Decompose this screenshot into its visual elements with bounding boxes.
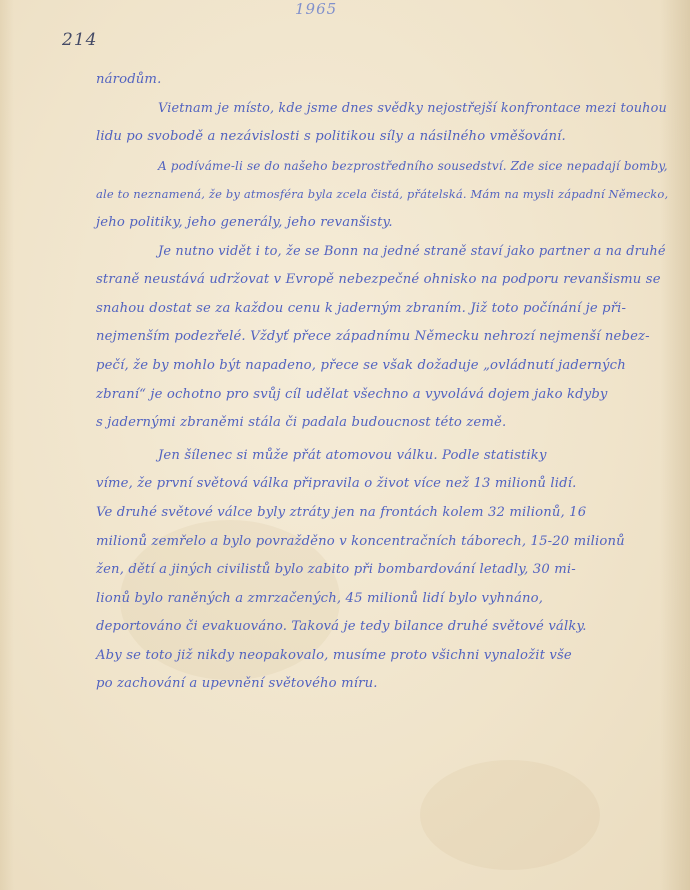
text-line: ale to neznamená, že by atmosféra byla z… — [96, 180, 666, 209]
handwritten-body: národům. Vietnam je místo, kde jsme dnes… — [96, 66, 666, 699]
text-line: Aby se toto již nikdy neopakovalo, musím… — [96, 642, 666, 671]
text-line: po zachování a upevnění světového míru. — [96, 670, 666, 699]
text-line: s jadernými zbraněmi stála či padala bud… — [96, 409, 666, 438]
text-line: národům. — [96, 66, 666, 95]
text-line: lionů bylo raněných a zmrzačených, 45 mi… — [96, 585, 666, 614]
page-number: 214 — [62, 30, 97, 50]
text-line: snahou dostat se za každou cenu k jadern… — [96, 295, 666, 324]
text-line: žen, dětí a jiných civilistů bylo zabito… — [96, 556, 666, 585]
text-line: milionů zemřelo a bylo povražděno v konc… — [96, 528, 666, 557]
text-line: Vietnam je místo, kde jsme dnes svědky n… — [96, 95, 666, 124]
text-line: A podíváme-li se do našeho bezprostřední… — [96, 152, 666, 181]
text-line: lidu po svobodě a nezávislosti s politik… — [96, 123, 666, 152]
text-line: straně neustává udržovat v Evropě nebezp… — [96, 266, 666, 295]
paper-stain — [420, 760, 600, 870]
text-line: jeho politiky, jeho generály, jeho revan… — [96, 209, 666, 238]
year-heading: 1965 — [295, 0, 337, 18]
manuscript-page: 1965 214 národům. Vietnam je místo, kde … — [0, 0, 690, 890]
text-line: deportováno či evakuováno. Taková je ted… — [96, 613, 666, 642]
text-line: zbraní“ je ochotno pro svůj cíl udělat v… — [96, 381, 666, 410]
text-line: Jen šílenec si může přát atomovou válku.… — [96, 442, 666, 471]
text-line: pečí, že by mohlo být napadeno, přece se… — [96, 352, 666, 381]
text-line: nejmenším podezřelé. Vždyť přece západní… — [96, 323, 666, 352]
text-line: Je nutno vidět i to, že se Bonn na jedné… — [96, 238, 666, 267]
text-line: víme, že první světová válka připravila … — [96, 470, 666, 499]
text-line: Ve druhé světové válce byly ztráty jen n… — [96, 499, 666, 528]
